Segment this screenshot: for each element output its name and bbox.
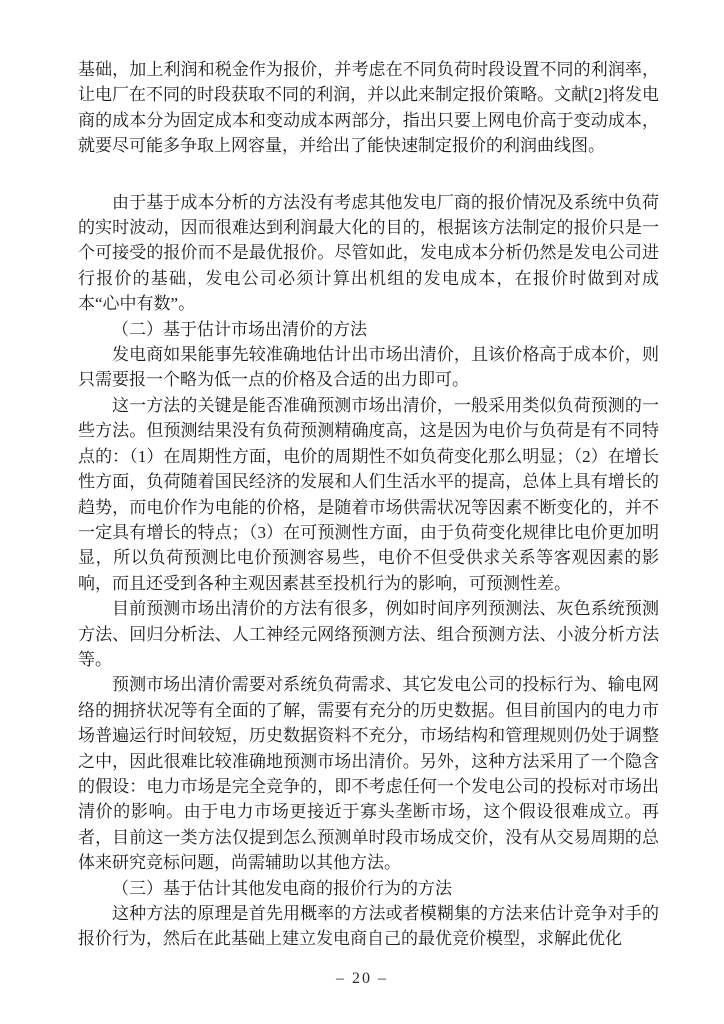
paragraph: 发电商如果能事先较准确地估计出市场出清价，且该价格高于成本价，则只需要报一个略为… <box>78 342 659 393</box>
paragraph: 预测市场出清价需要对系统负荷需求、其它发电公司的投标行为、输电网络的拥挤状况等有… <box>78 672 659 875</box>
text-block: 基础，加上利润和税金作为报价，并考虑在不同负荷时段设置不同的利润率，让电厂在不同… <box>78 57 659 952</box>
page-number: – 20 – <box>0 970 724 988</box>
paragraph: 由于基于成本分析的方法没有考虑其他发电厂商的报价情况及系统中负荷的实时波动，因而… <box>78 190 659 317</box>
section-heading: （三）基于估计其他发电商的报价行为的方法 <box>78 876 659 901</box>
document-page: 基础，加上利润和税金作为报价，并考虑在不同负荷时段设置不同的利润率，让电厂在不同… <box>0 0 724 1024</box>
paragraph: 这一方法的关键是能否准确预测市场出清价，一般采用类似负荷预测的一些方法。但预测结… <box>78 393 659 596</box>
section-heading: （二）基于估计市场出清价的方法 <box>78 317 659 342</box>
paragraph: 这种方法的原理是首先用概率的方法或者模糊集的方法来估计竞争对手的报价行为，然后在… <box>78 901 659 952</box>
paragraph: 目前预测市场出清价的方法有很多，例如时间序列预测法、灰色系统预测方法、回归分析法… <box>78 596 659 672</box>
paragraph: 基础，加上利润和税金作为报价，并考虑在不同负荷时段设置不同的利润率，让电厂在不同… <box>78 57 659 159</box>
